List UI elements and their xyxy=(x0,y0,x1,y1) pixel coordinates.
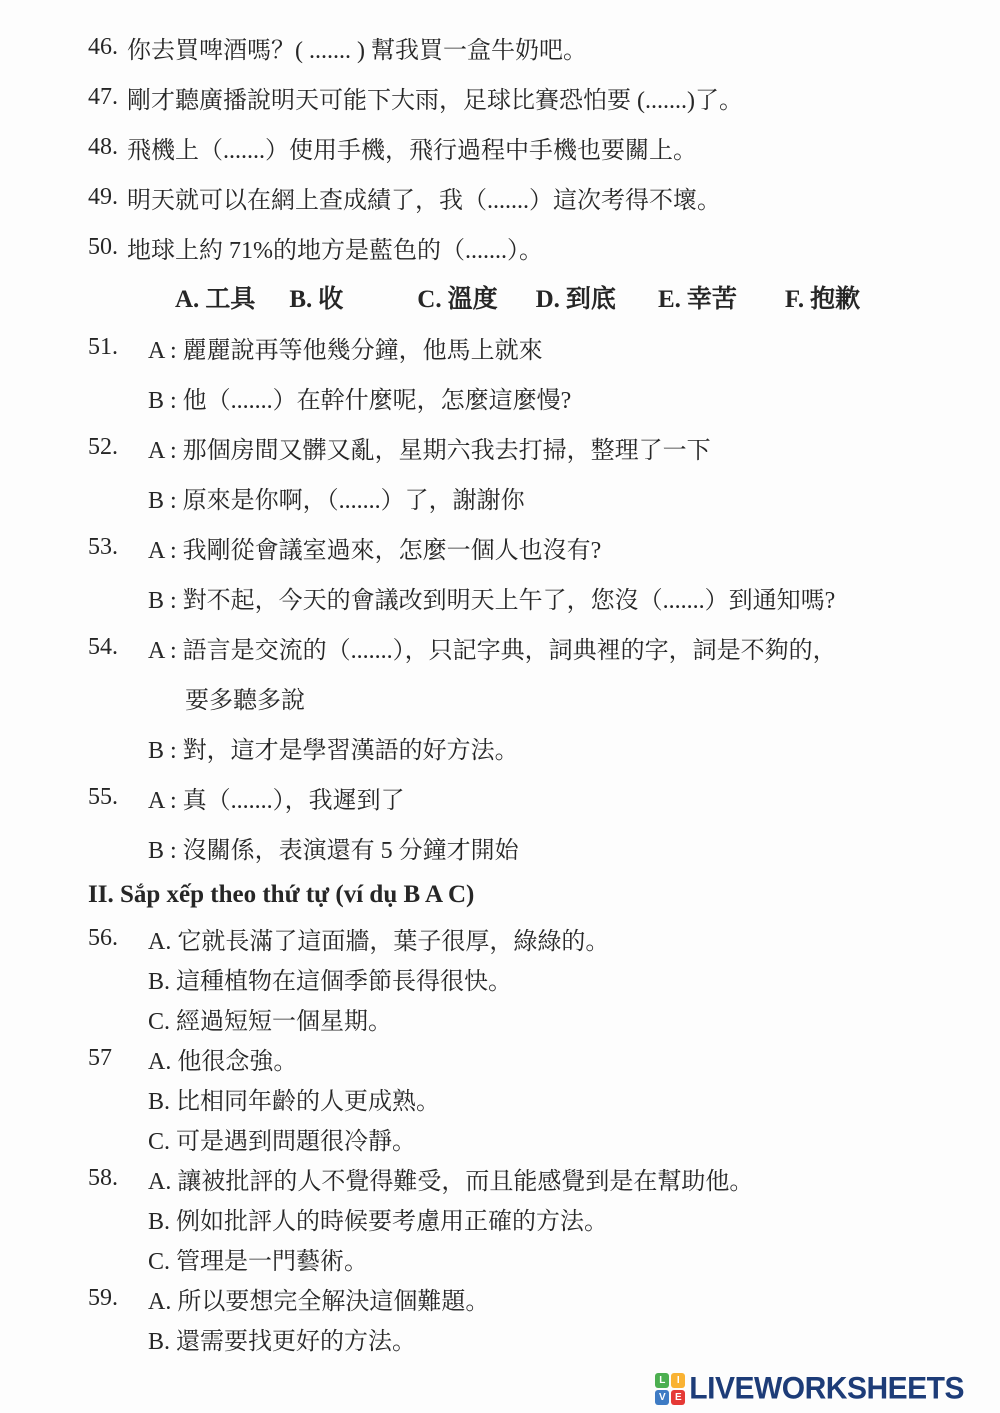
question-number: 51. xyxy=(88,334,148,361)
question-number: 57 xyxy=(88,1045,148,1072)
question-number: 47. xyxy=(88,84,118,111)
dialogue-line: B : 原來是你啊，（.......）了，謝謝你 xyxy=(148,480,525,515)
sentence-line: C. 管理是一門藝術。 xyxy=(148,1241,368,1276)
dialogue-line: A : 語言是交流的（.......），只記字典，詞典裡的字，詞是不夠的， xyxy=(148,630,837,665)
item-56-line-a: 56. A. 它就長滿了這面牆，葉子很厚，綠綠的。 xyxy=(0,918,1000,958)
logo-tile-l: L xyxy=(655,1373,669,1388)
liveworksheets-brand-text: LIVEWORKSHEETS xyxy=(689,1371,964,1407)
logo-tile-e: E xyxy=(671,1390,685,1405)
item-57-line-b: B. 比相同年齡的人更成熟。 xyxy=(0,1078,1000,1118)
word-bank: A. 工具 B. 收 C. 溫度 D. 到底 E. 幸苦 F. 抱歉 xyxy=(0,272,1000,322)
dialogue-line: A : 那個房間又髒又亂，星期六我去打掃，整理了一下 xyxy=(148,430,711,465)
question-number: 52. xyxy=(88,434,148,461)
item-56-line-c: C. 經過短短一個星期。 xyxy=(0,998,1000,1038)
logo-tile-v: V xyxy=(655,1390,669,1405)
item-59-line-a: 59. A. 所以要想完全解決這個難題。 xyxy=(0,1278,1000,1318)
option-label: E. xyxy=(658,286,681,314)
word-bank-option-e: E. 幸苦 xyxy=(658,279,737,315)
question-number: 50. xyxy=(88,234,118,261)
item-58-line-b: B. 例如批評人的時候要考慮用正確的方法。 xyxy=(0,1198,1000,1238)
sentence-line: C. 經過短短一個星期。 xyxy=(148,1001,392,1036)
question-number: 54. xyxy=(88,634,148,661)
word-bank-option-d: D. 到底 xyxy=(536,279,616,315)
word-bank-option-b: B. 收 xyxy=(289,279,343,315)
sentence-line: B. 比相同年齡的人更成熟。 xyxy=(148,1081,440,1116)
logo-tile-i: I xyxy=(671,1373,685,1388)
option-label: B. xyxy=(289,286,312,314)
sentence-line: B. 這種植物在這個季節長得很快。 xyxy=(148,961,512,996)
item-58-line-a: 58. A. 讓被批評的人不覺得難受，而且能感覺到是在幫助他。 xyxy=(0,1158,1000,1198)
question-number: 49. xyxy=(88,184,118,211)
dialogue-54-line-a-continued: 要多聽多說 xyxy=(0,672,1000,722)
option-word: 收 xyxy=(318,279,343,315)
item-57-line-c: C. 可是遇到問題很冷靜。 xyxy=(0,1118,1000,1158)
question-48: 48. 飛機上（.......）使用手機，飛行過程中手機也要關上。 xyxy=(0,122,1000,172)
dialogue-53-line-b: B : 對不起，今天的會議改到明天上午了，您沒（.......）到通知嗎? xyxy=(0,572,1000,622)
dialogue-51-line-a: 51. A : 麗麗說再等他幾分鐘，他馬上就來 xyxy=(0,322,1000,372)
dialogue-line: A : 麗麗說再等他幾分鐘，他馬上就來 xyxy=(148,330,543,365)
dialogue-55-line-b: B : 沒關係，表演還有 5 分鐘才開始 xyxy=(0,822,1000,872)
sentence-line: A. 他很念強。 xyxy=(148,1041,297,1076)
question-number: 56. xyxy=(88,925,148,952)
question-number: 58. xyxy=(88,1165,148,1192)
question-text: 明天就可以在網上查成績了，我（.......）這次考得不壞。 xyxy=(127,180,721,215)
worksheet-content: 46. 你去買啤酒嗎？( ....... ) 幫我買一盒牛奶吧。 47. 剛才聽… xyxy=(0,0,1000,1358)
sentence-line: B. 例如批評人的時候要考慮用正確的方法。 xyxy=(148,1201,608,1236)
option-word: 溫度 xyxy=(448,279,498,315)
sentence-line: A. 所以要想完全解決這個難題。 xyxy=(148,1281,489,1316)
dialogue-line: B : 沒關係，表演還有 5 分鐘才開始 xyxy=(148,830,519,865)
section-2-heading: II. Sắp xếp theo thứ tự (ví dụ B A C) xyxy=(0,872,1000,918)
dialogue-54-line-b: B : 對，這才是學習漢語的好方法。 xyxy=(0,722,1000,772)
question-50: 50. 地球上約 71%的地方是藍色的（.......）。 xyxy=(0,222,1000,272)
dialogue-line: B : 對不起，今天的會議改到明天上午了，您沒（.......）到通知嗎? xyxy=(148,580,835,615)
item-59-line-b: B. 還需要找更好的方法。 xyxy=(0,1318,1000,1358)
word-bank-option-a: A. 工具 xyxy=(175,279,255,315)
option-label: C. xyxy=(417,286,441,314)
option-label: A. xyxy=(175,286,199,314)
question-text: 地球上約 71%的地方是藍色的（.......）。 xyxy=(127,230,543,265)
option-label: F. xyxy=(785,286,804,314)
dialogue-line: B : 對，這才是學習漢語的好方法。 xyxy=(148,730,519,765)
sentence-line: C. 可是遇到問題很冷靜。 xyxy=(148,1121,416,1156)
dialogue-52-line-a: 52. A : 那個房間又髒又亂，星期六我去打掃，整理了一下 xyxy=(0,422,1000,472)
word-bank-option-c: C. 溫度 xyxy=(417,279,497,315)
question-49: 49. 明天就可以在網上查成績了，我（.......）這次考得不壞。 xyxy=(0,172,1000,222)
item-57-line-a: 57 A. 他很念強。 xyxy=(0,1038,1000,1078)
dialogue-line: A : 我剛從會議室過來，怎麼一個人也沒有? xyxy=(148,530,601,565)
worksheet-page: 46. 你去買啤酒嗎？( ....... ) 幫我買一盒牛奶吧。 47. 剛才聽… xyxy=(0,0,1000,1413)
sentence-line: A. 讓被批評的人不覺得難受，而且能感覺到是在幫助他。 xyxy=(148,1161,753,1196)
option-word: 到底 xyxy=(566,279,616,315)
question-number: 46. xyxy=(88,34,118,61)
question-text: 飛機上（.......）使用手機，飛行過程中手機也要關上。 xyxy=(127,130,697,165)
question-46: 46. 你去買啤酒嗎？( ....... ) 幫我買一盒牛奶吧。 xyxy=(0,22,1000,72)
dialogue-52-line-b: B : 原來是你啊，（.......）了，謝謝你 xyxy=(0,472,1000,522)
liveworksheets-logo: L I V E LIVEWORKSHEETS xyxy=(655,1372,964,1406)
dialogue-54-line-a: 54. A : 語言是交流的（.......），只記字典，詞典裡的字，詞是不夠的… xyxy=(0,622,1000,672)
dialogue-55-line-a: 55. A : 真（.......），我遲到了 xyxy=(0,772,1000,822)
item-58-line-c: C. 管理是一門藝術。 xyxy=(0,1238,1000,1278)
question-number: 48. xyxy=(88,134,118,161)
sentence-line: B. 還需要找更好的方法。 xyxy=(148,1321,416,1356)
question-number: 55. xyxy=(88,784,148,811)
dialogue-51-line-b: B : 他（.......）在幹什麼呢，怎麼這麼慢? xyxy=(0,372,1000,422)
item-56-line-b: B. 這種植物在這個季節長得很快。 xyxy=(0,958,1000,998)
dialogue-line: B : 他（.......）在幹什麼呢，怎麼這麼慢? xyxy=(148,380,571,415)
liveworksheets-logo-icon: L I V E xyxy=(655,1373,685,1405)
dialogue-line: 要多聽多說 xyxy=(148,680,305,715)
word-bank-option-f: F. 抱歉 xyxy=(785,279,860,315)
question-number: 53. xyxy=(88,534,148,561)
option-word: 幸苦 xyxy=(687,279,737,315)
option-word: 抱歉 xyxy=(810,279,860,315)
question-47: 47. 剛才聽廣播說明天可能下大雨，足球比賽恐怕要 (.......)了。 xyxy=(0,72,1000,122)
question-text: 剛才聽廣播說明天可能下大雨，足球比賽恐怕要 (.......)了。 xyxy=(127,80,743,115)
option-word: 工具 xyxy=(205,279,255,315)
dialogue-line: A : 真（.......），我遲到了 xyxy=(148,780,405,815)
sentence-line: A. 它就長滿了這面牆，葉子很厚，綠綠的。 xyxy=(148,921,609,956)
question-text: 你去買啤酒嗎？( ....... ) 幫我買一盒牛奶吧。 xyxy=(127,30,587,65)
question-number: 59. xyxy=(88,1285,148,1312)
option-label: D. xyxy=(536,286,560,314)
dialogue-53-line-a: 53. A : 我剛從會議室過來，怎麼一個人也沒有? xyxy=(0,522,1000,572)
